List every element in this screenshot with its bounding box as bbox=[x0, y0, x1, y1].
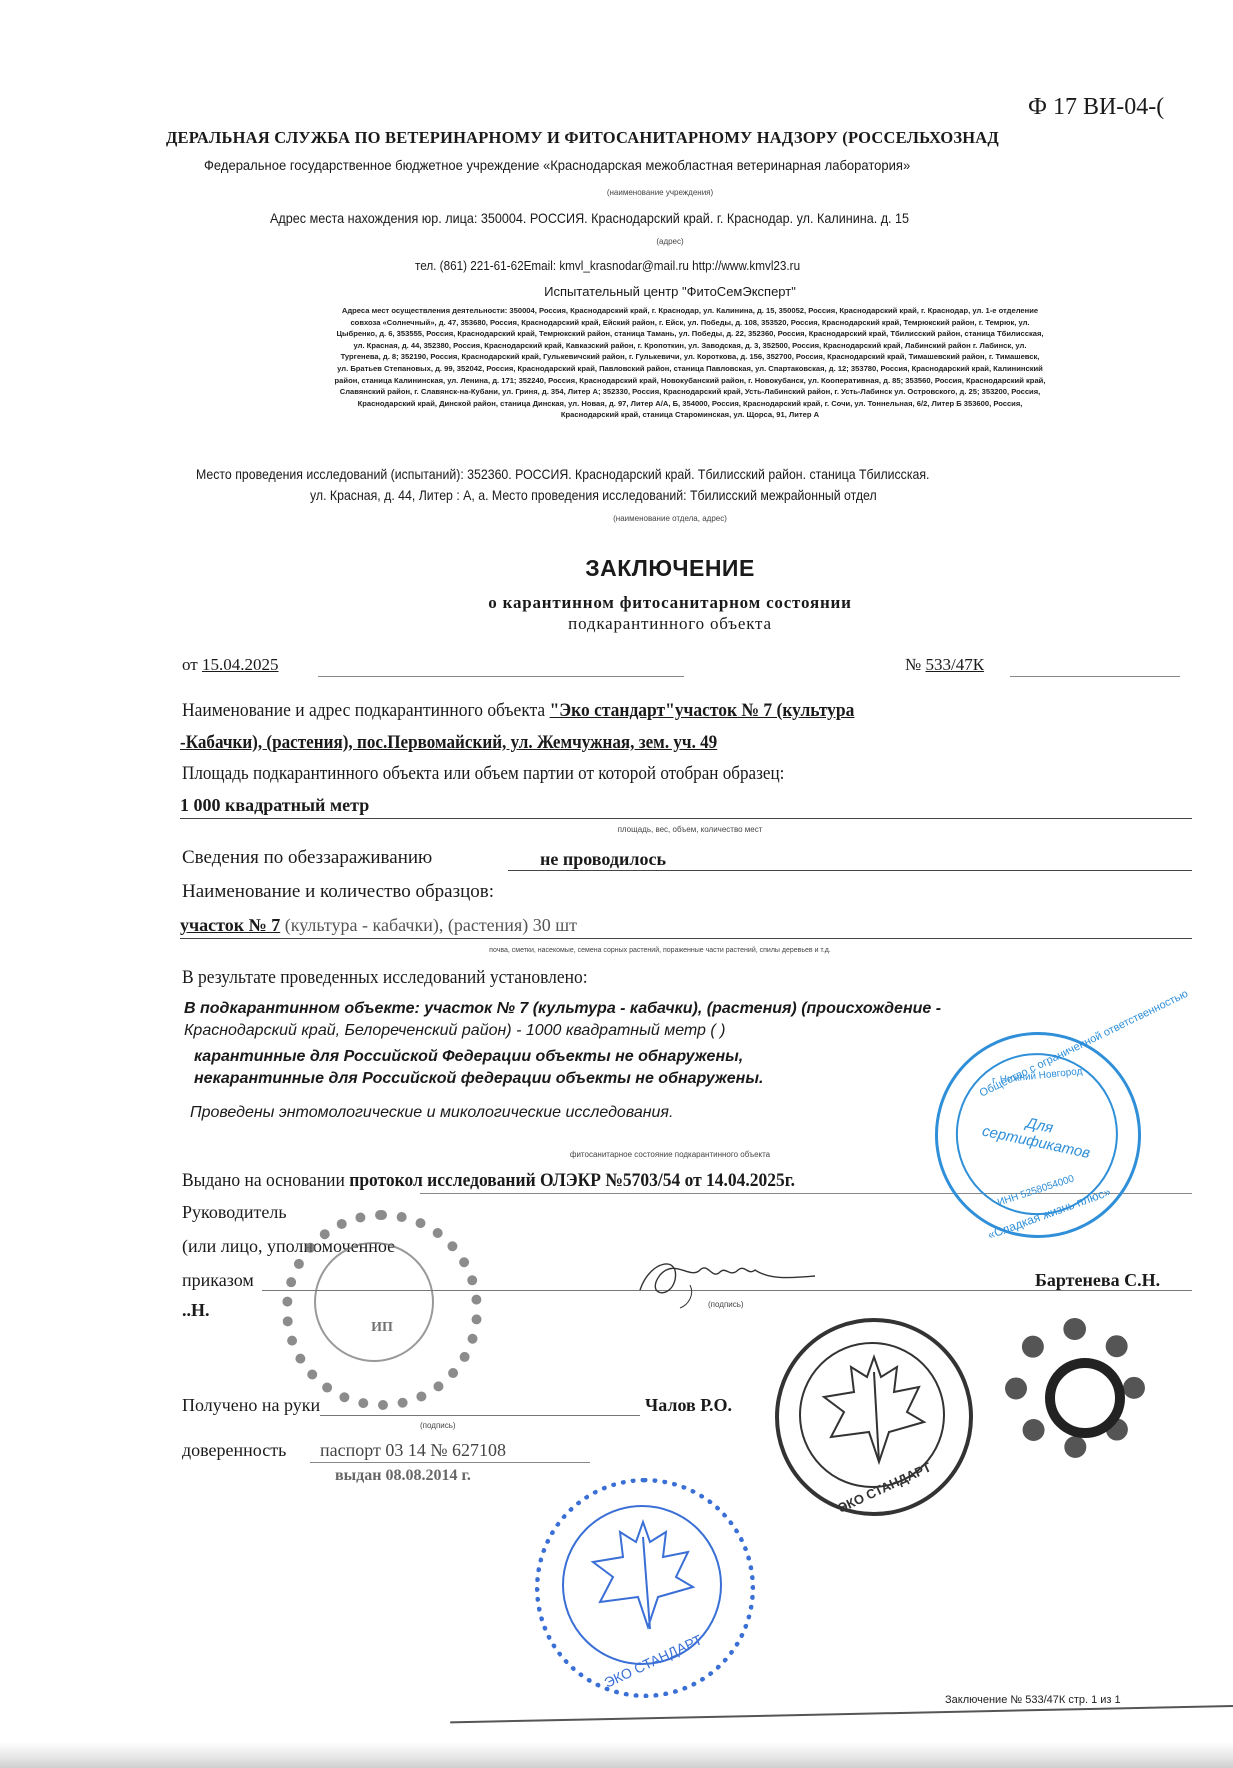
agency-name: ДЕРАЛЬНАЯ СЛУЖБА ПО ВЕТЕРИНАРНОМУ И ФИТО… bbox=[166, 128, 999, 148]
received-caption: (подпись) bbox=[420, 1421, 456, 1430]
scan-edge bbox=[0, 1742, 1233, 1768]
leaf-icon bbox=[819, 1352, 929, 1472]
object-label: Наименование и адрес подкарантинного объ… bbox=[182, 700, 545, 721]
address-line: Славянский район, г. Славянск-на-Кубани,… bbox=[200, 386, 1180, 398]
date-value: 15.04.2025 bbox=[202, 655, 279, 674]
signature-caption: (подпись) bbox=[708, 1300, 744, 1309]
proxy-value: паспорт 03 14 № 627108 bbox=[320, 1440, 506, 1461]
address-line: Краснодарский край, станица Староминская… bbox=[200, 409, 1180, 421]
stamp-blue-certificates: Общество с ограниченной ответственностью… bbox=[925, 1022, 1151, 1248]
document-subtitle-2: подкарантинного объекта bbox=[420, 614, 920, 634]
head-name: Бартенева С.Н. bbox=[1035, 1270, 1160, 1291]
order-label: приказом bbox=[182, 1270, 254, 1291]
contacts: тел. (861) 221-61-62Email: kmvl_krasnoda… bbox=[415, 258, 800, 273]
samples-value: участок № 7 (культура - кабачки), (расте… bbox=[180, 915, 577, 936]
area-label: Площадь подкарантинного объекта или объе… bbox=[182, 763, 784, 785]
document-subtitle-1: о карантинном фитосанитарном состоянии bbox=[420, 593, 920, 613]
stamp-eco-black: ЭКО СТАНДАРТ bbox=[775, 1318, 973, 1516]
form-code: Ф 17 ВИ-04-( bbox=[1028, 94, 1164, 121]
received-label: Получено на руки bbox=[182, 1395, 320, 1416]
samples-value-rest: (культура - кабачки), (растения) 30 шт bbox=[280, 915, 577, 935]
institution-name: Федеральное государственное бюджетное уч… bbox=[204, 157, 910, 173]
basis-value: протокол исследований ОЛЭКР №5703/54 от … bbox=[349, 1170, 795, 1191]
activity-addresses: Адреса мест осуществления деятельности: … bbox=[200, 305, 1180, 421]
test-place-line-1: Место проведения исследований (испытаний… bbox=[196, 466, 929, 482]
testing-center: Испытательный центр "ФитоСемЭксперт" bbox=[460, 284, 880, 299]
address-line: совхоза «Солнечный», д. 47, 353680, Росс… bbox=[200, 317, 1180, 329]
date-underline bbox=[318, 676, 684, 677]
head-label: Руководитель bbox=[182, 1202, 287, 1223]
address-line: Цыбренко, д. 6, 353555, Россия, Краснода… bbox=[200, 328, 1180, 340]
stamp-ip-text: ИП bbox=[352, 1320, 412, 1336]
result-line-5: Проведены энтомологические и микологичес… bbox=[190, 1102, 941, 1124]
disinfection-underline bbox=[508, 870, 1192, 871]
stamp-ip-gray: ИП bbox=[282, 1210, 482, 1410]
legal-address: Адрес места нахождения юр. лица: 350004.… bbox=[270, 210, 909, 226]
samples-underline bbox=[180, 938, 1192, 939]
bottom-rule bbox=[450, 1705, 1233, 1723]
stamp-rosette-gray bbox=[1005, 1318, 1145, 1458]
legal-address-caption: (адрес) bbox=[640, 237, 700, 246]
date-prefix: от bbox=[182, 655, 198, 674]
address-line: ул. Красная, д. 44, 352380, Россия, Крас… bbox=[200, 340, 1180, 352]
area-value: 1 000 квадратный метр bbox=[180, 795, 369, 816]
page-footer: Заключение № 533/47К стр. 1 из 1 bbox=[945, 1694, 1121, 1706]
proxy-underline bbox=[310, 1462, 590, 1463]
leaf-icon bbox=[588, 1517, 698, 1637]
samples-caption: почва, сметки, насекомые, семена сорных … bbox=[330, 947, 990, 954]
result-line-4: некарантинные для Российской федерации о… bbox=[194, 1068, 941, 1090]
received-underline bbox=[320, 1415, 640, 1416]
test-place-line-2: ул. Красная, д. 44, Литер : А, а. Место … bbox=[310, 487, 877, 503]
number-underline bbox=[1010, 676, 1180, 677]
proxy-label: доверенность bbox=[182, 1440, 286, 1461]
results-block: В подкарантинном объекте: участок № 7 (к… bbox=[184, 998, 941, 1124]
receiver-name: Чалов Р.О. bbox=[645, 1395, 732, 1416]
area-caption: площадь, вес, объем, количество мест bbox=[560, 825, 820, 834]
date-field: от 15.04.2025 bbox=[182, 655, 278, 675]
address-line: ул. Братьев Степановых, д. 99, 352042, Р… bbox=[200, 363, 1180, 375]
address-line: Тургенева, д. 8; 352190, Россия, Краснод… bbox=[200, 351, 1180, 363]
object-field: Наименование и адрес подкарантинного объ… bbox=[182, 700, 854, 722]
number-value: 533/47К bbox=[925, 655, 984, 674]
address-line: Адреса мест осуществления деятельности: … bbox=[200, 305, 1180, 317]
number-prefix: № bbox=[905, 655, 921, 674]
samples-value-bold: участок № 7 bbox=[180, 915, 280, 935]
samples-label: Наименование и количество образцов: bbox=[182, 881, 494, 903]
institution-caption: (наименование учреждения) bbox=[560, 188, 760, 197]
basis-field: Выдано на основании протокол исследовани… bbox=[182, 1170, 795, 1192]
object-value-1: "Эко стандарт"участок № 7 (культура bbox=[550, 700, 855, 721]
result-line-3: карантинные для Российской Федерации объ… bbox=[194, 1046, 941, 1068]
result-line-1: В подкарантинном объекте: участок № 7 (к… bbox=[184, 998, 941, 1020]
address-line: Краснодарский край, Динской район, стани… bbox=[200, 398, 1180, 410]
area-underline bbox=[180, 818, 1192, 819]
disinfection-field: Сведения по обеззараживанию bbox=[182, 847, 432, 869]
initials-tail: ..Н. bbox=[182, 1300, 210, 1321]
results-label: В результате проведенных исследований ус… bbox=[182, 967, 588, 989]
document-title: ЗАКЛЮЧЕНИЕ bbox=[480, 555, 860, 582]
address-line: район, станица Калининская, ул. Ленина, … bbox=[200, 375, 1180, 387]
result-line-2: Краснодарский край, Белореченский район)… bbox=[184, 1020, 941, 1042]
disinfection-label: Сведения по обеззараживанию bbox=[182, 847, 432, 868]
number-field: № 533/47К bbox=[905, 655, 984, 675]
proxy-issued: выдан 08.08.2014 г. bbox=[335, 1467, 471, 1485]
stamp-eco-blue: ЭКО СТАНДАРТ bbox=[535, 1478, 755, 1698]
disinfection-value: не проводилось bbox=[540, 849, 666, 870]
basis-prefix: Выдано на основании bbox=[182, 1170, 349, 1191]
results-caption: фитосанитарное состояние подкарантинного… bbox=[520, 1150, 820, 1159]
object-value-2: -Кабачки), (растения), пос.Первомайский,… bbox=[180, 732, 717, 754]
test-place-caption: (наименование отдела, адрес) bbox=[560, 514, 780, 523]
